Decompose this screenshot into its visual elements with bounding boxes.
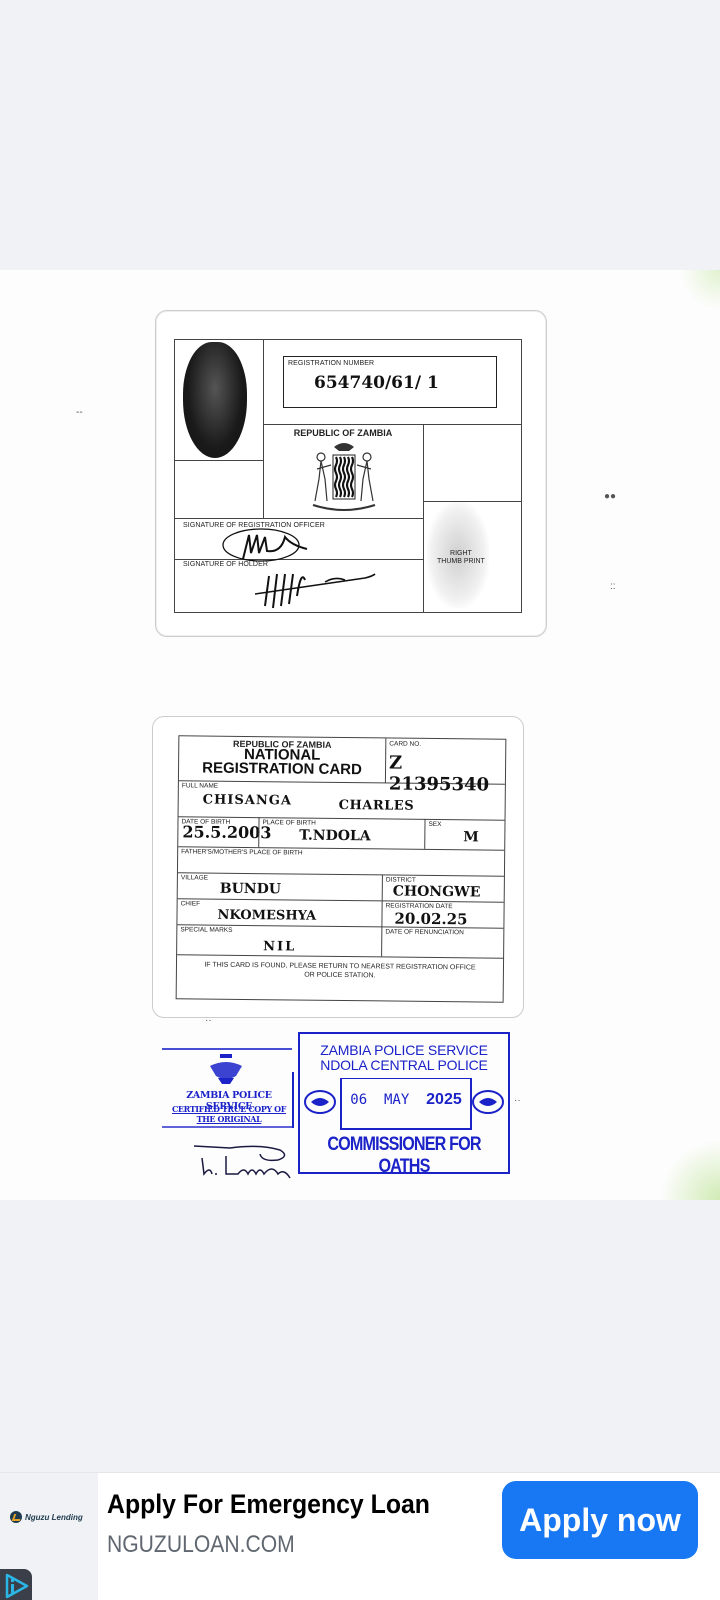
sex: M <box>463 829 479 845</box>
left-stamp-line2: CERTIFIED TRUE COPY OF THE ORIGINAL <box>162 1104 296 1124</box>
holder-photo-cell <box>175 340 264 461</box>
scan-speck: :: <box>610 582 616 592</box>
full-name-label: FULL NAME <box>182 782 218 789</box>
commissioner-for-oaths-stamp: ZAMBIA POLICE SERVICE NDOLA CENTRAL POLI… <box>298 1032 510 1174</box>
right-stamp-line2: NDOLA CENTRAL POLICE <box>300 1057 508 1073</box>
registration-date: 20.02.25 <box>394 910 467 929</box>
district: CHONGWE <box>393 884 481 901</box>
given-name: CHARLES <box>339 798 415 814</box>
registration-number-label: REGISTRATION NUMBER <box>288 360 374 367</box>
certified-copy-stamp: ZAMBIA POLICE SERVICE CERTIFIED TRUE COP… <box>162 1044 296 1128</box>
police-crest-icon <box>204 1054 248 1086</box>
village: BUNDU <box>220 881 281 898</box>
police-seal-icon <box>472 1090 504 1114</box>
scan-speck: -- <box>76 408 83 418</box>
officer-signature <box>221 523 321 563</box>
full-name-row: FULL NAME CHISANGA CHARLES <box>179 780 505 820</box>
chief-label: CHIEF <box>181 900 201 907</box>
apply-now-button[interactable]: Apply now <box>502 1481 698 1559</box>
officer-signature-cell: SIGNATURE OF REGISTRATION OFFICER <box>175 518 424 560</box>
nrc-card-back: REGISTRATION NUMBER 654740/61/ 1 REPUBLI… <box>155 310 547 637</box>
special-marks: NIL <box>263 939 296 954</box>
card-no-cell: CARD No. Z 21395340 <box>385 738 506 783</box>
village-label: VILLAGE <box>181 874 208 881</box>
sponsored-ad-banner[interactable]: Nguzu Lending Apply For Emergency Loan N… <box>0 1472 720 1600</box>
registration-number-box: REGISTRATION NUMBER 654740/61/ 1 <box>283 356 497 408</box>
card-back-frame: REGISTRATION NUMBER 654740/61/ 1 REPUBLI… <box>174 339 522 613</box>
place-of-birth: T.NDOLA <box>299 828 370 845</box>
card-no-label: CARD No. <box>389 740 421 747</box>
place-of-birth-label: PLACE OF BIRTH <box>262 819 315 827</box>
republic-label: REPUBLIC OF ZAMBIA <box>263 428 423 438</box>
thumb-print-label: RIGHT THUMB PRINT <box>437 550 485 566</box>
ad-domain[interactable]: NGUZULOAN.COM <box>107 1531 295 1559</box>
coat-of-arms-cell: REPUBLIC OF ZAMBIA <box>263 424 424 519</box>
advertiser-logo: Nguzu Lending <box>10 1511 83 1523</box>
adchoices-icon[interactable] <box>0 1569 32 1600</box>
special-marks-row: SPECIAL MARKS NIL DATE OF RENUNCIATION <box>177 924 503 958</box>
card-title-line2: REGISTRATION CARD <box>179 761 385 777</box>
thumb-print-cell: RIGHT THUMB PRINT <box>423 500 521 612</box>
police-seal-icon <box>304 1090 336 1114</box>
holder-signature <box>235 566 385 610</box>
photo-lower-cell <box>175 460 264 518</box>
zambia-coat-of-arms-icon <box>307 439 381 517</box>
right-stamp-line1: ZAMBIA POLICE SERVICE <box>300 1042 508 1058</box>
blank-cell <box>423 424 521 502</box>
holder-photo <box>183 342 247 458</box>
sex-label: SEX <box>428 821 441 828</box>
chief: NKOMESHYA <box>217 908 316 924</box>
scan-speck: ●● <box>604 492 616 502</box>
surname: CHISANGA <box>203 793 292 809</box>
ad-title[interactable]: Apply For Emergency Loan <box>107 1489 430 1520</box>
stamp-date-box: 06 MAY 2025 <box>340 1078 472 1130</box>
right-stamp-line3: COMMISSIONER FOR OATHS <box>316 1134 493 1178</box>
card-header-row: REPUBLIC OF ZAMBIA NATIONAL REGISTRATION… <box>179 736 505 784</box>
scan-speck: ·· <box>514 1096 521 1106</box>
holder-signature-cell: SIGNATURE OF HOLDER <box>175 558 424 612</box>
birth-row: DATE OF BIRTH 25.5.2003 PLACE OF BIRTH T… <box>178 816 504 850</box>
renunciation-label: DATE OF RENUNCIATION <box>385 928 464 936</box>
commissioner-signature <box>190 1140 300 1184</box>
nguzu-logo-icon <box>10 1511 22 1523</box>
parents-place-label: FATHER'S/MOTHER'S PLACE OF BIRTH <box>181 848 303 856</box>
special-marks-label: SPECIAL MARKS <box>180 926 232 934</box>
nrc-card-front: REPUBLIC OF ZAMBIA NATIONAL REGISTRATION… <box>152 716 524 1018</box>
registration-number: 654740/61/ 1 <box>314 373 439 393</box>
card-front-frame: REPUBLIC OF ZAMBIA NATIONAL REGISTRATION… <box>176 735 507 1002</box>
advertiser-logo-pane[interactable]: Nguzu Lending <box>0 1473 98 1600</box>
stamp-date: 06 MAY 2025 <box>342 1091 470 1109</box>
